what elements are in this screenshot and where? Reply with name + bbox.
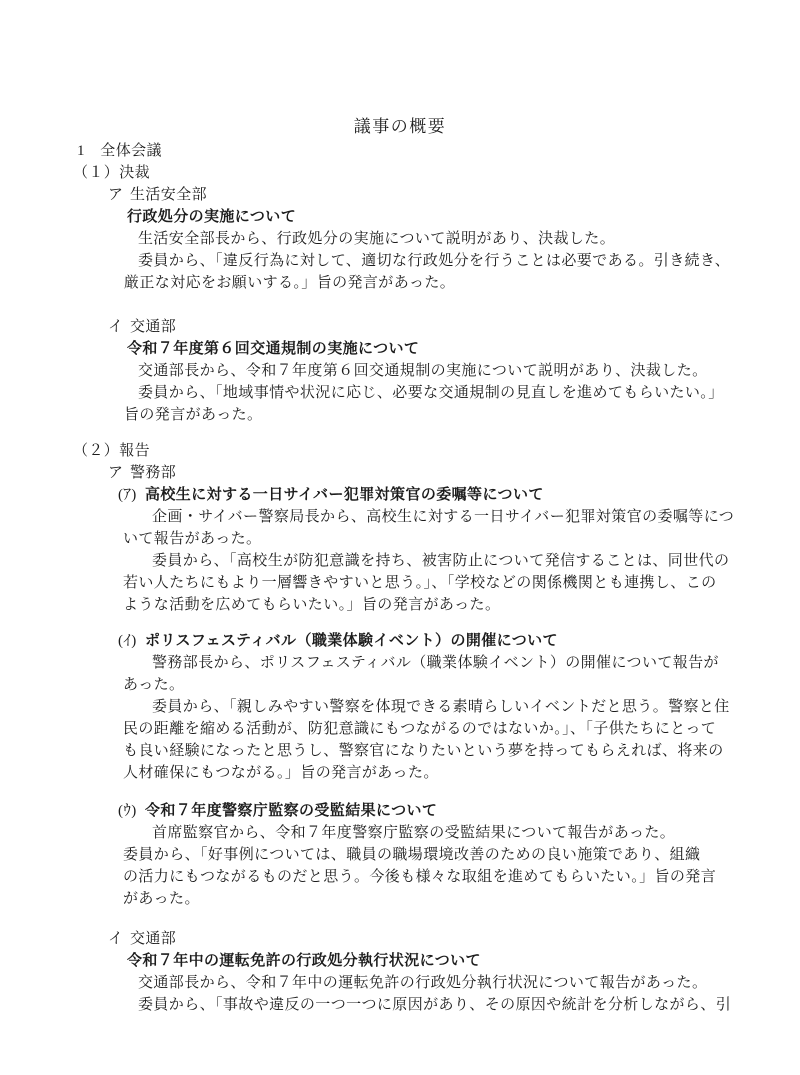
body-line: 若い人たちにもより一層響きやすいと思う。」、「学校などの関係機関とも連携し、この [0, 572, 800, 594]
item-heading: (ｱ)高校生に対する一日サイバー犯罪対策官の委嘱等について [0, 484, 800, 506]
item-heading: 行政処分の実施について [0, 206, 800, 228]
line-text: 交通部 [130, 931, 176, 947]
subsection-label: イ交通部 [0, 928, 800, 950]
body-line: 首席監察官から、令和７年度警察庁監察の受監結果について報告があった。 [0, 822, 800, 844]
body-line: 旨の発言があった。 [0, 404, 800, 426]
line-text: 高校生に対する一日サイバー犯罪対策官の委嘱等について [145, 487, 544, 503]
item-heading: (ｲ)ポリスフェスティバル（職業体験イベント）の開催について [0, 630, 800, 652]
line-text: 令和７年度警察庁監察の受監結果について [145, 803, 437, 819]
list-marker: イ [108, 928, 130, 950]
body-line: 委員から、「違反行為に対して、適切な行政処分を行うことは必要である。引き続き、 [0, 250, 800, 272]
section-label: （１）決裁 [0, 162, 800, 184]
document-title: 議事の概要 [0, 114, 800, 140]
body-line: いて報告があった。 [0, 528, 800, 550]
body-line: 委員から、「事故や違反の一つ一つに原因があり、その原因や統計を分析しながら、引 [0, 994, 800, 1016]
body-line: 交通部長から、令和７年度第６回交通規制の実施について説明があり、決裁した。 [0, 360, 800, 382]
document-page: 議事の概要 1 全体会議（１）決裁ア生活安全部行政処分の実施について生活安全部長… [0, 0, 800, 1075]
section-number: 1 全体会議 [0, 140, 800, 162]
body-line: 警務部長から、ポリスフェスティバル（職業体験イベント）の開催について報告が [0, 652, 800, 674]
body-line: の活力にもつながるものだと思う。今後も様々な取組を進めてもらいたい。」旨の発言 [0, 866, 800, 888]
body-line: も良い経験になったと思うし、警察官になりたいという夢を持ってもらえれば、将来の [0, 740, 800, 762]
item-heading: (ｳ)令和７年度警察庁監察の受監結果について [0, 800, 800, 822]
list-marker: ア [108, 462, 130, 484]
body-line: 委員から、「高校生が防犯意識を持ち、被害防止について発信することは、同世代の [0, 550, 800, 572]
list-marker: (ｲ) [118, 630, 145, 652]
body-line: があった。 [0, 888, 800, 910]
item-heading: 令和７年度第６回交通規制の実施について [0, 338, 800, 360]
line-text: 警務部 [130, 465, 176, 481]
body-line: あった。 [0, 674, 800, 696]
item-heading: 令和７年中の運転免許の行政処分執行状況について [0, 950, 800, 972]
body-line: 民の距離を縮める活動が、防犯意識にもつながるのではないか。」、「子供たちにとって [0, 718, 800, 740]
body-line: ような活動を広めてもらいたい。」旨の発言があった。 [0, 594, 800, 616]
subsection-label: イ交通部 [0, 316, 800, 338]
document-body: 1 全体会議（１）決裁ア生活安全部行政処分の実施について生活安全部長から、行政処… [0, 140, 800, 1016]
body-line: 委員から、「親しみやすい警察を体現できる素晴らしいイベントだと思う。警察と住 [0, 696, 800, 718]
line-text: 交通部 [130, 319, 176, 335]
body-line: 人材確保にもつながる。」旨の発言があった。 [0, 762, 800, 784]
body-line: 企画・サイバー警察局長から、高校生に対する一日サイバー犯罪対策官の委嘱等につ [0, 506, 800, 528]
list-marker: (ｳ) [118, 800, 145, 822]
line-text: ポリスフェスティバル（職業体験イベント）の開催について [145, 633, 558, 649]
section-label: （２）報告 [0, 440, 800, 462]
body-line: 委員から、「好事例については、職員の職場環境改善のための良い施策であり、組織 [0, 844, 800, 866]
body-line: 委員から、「地域事情や状況に応じ、必要な交通規制の見直しを進めてもらいたい。」 [0, 382, 800, 404]
list-marker: (ｱ) [118, 484, 145, 506]
body-line: 生活安全部長から、行政処分の実施について説明があり、決裁した。 [0, 228, 800, 250]
line-text: 生活安全部 [130, 187, 207, 203]
list-marker: イ [108, 316, 130, 338]
subsection-label: ア警務部 [0, 462, 800, 484]
body-line: 厳正な対応をお願いする。」旨の発言があった。 [0, 272, 800, 294]
subsection-label: ア生活安全部 [0, 184, 800, 206]
list-marker: ア [108, 184, 130, 206]
body-line: 交通部長から、令和７年中の運転免許の行政処分執行状況について報告があった。 [0, 972, 800, 994]
